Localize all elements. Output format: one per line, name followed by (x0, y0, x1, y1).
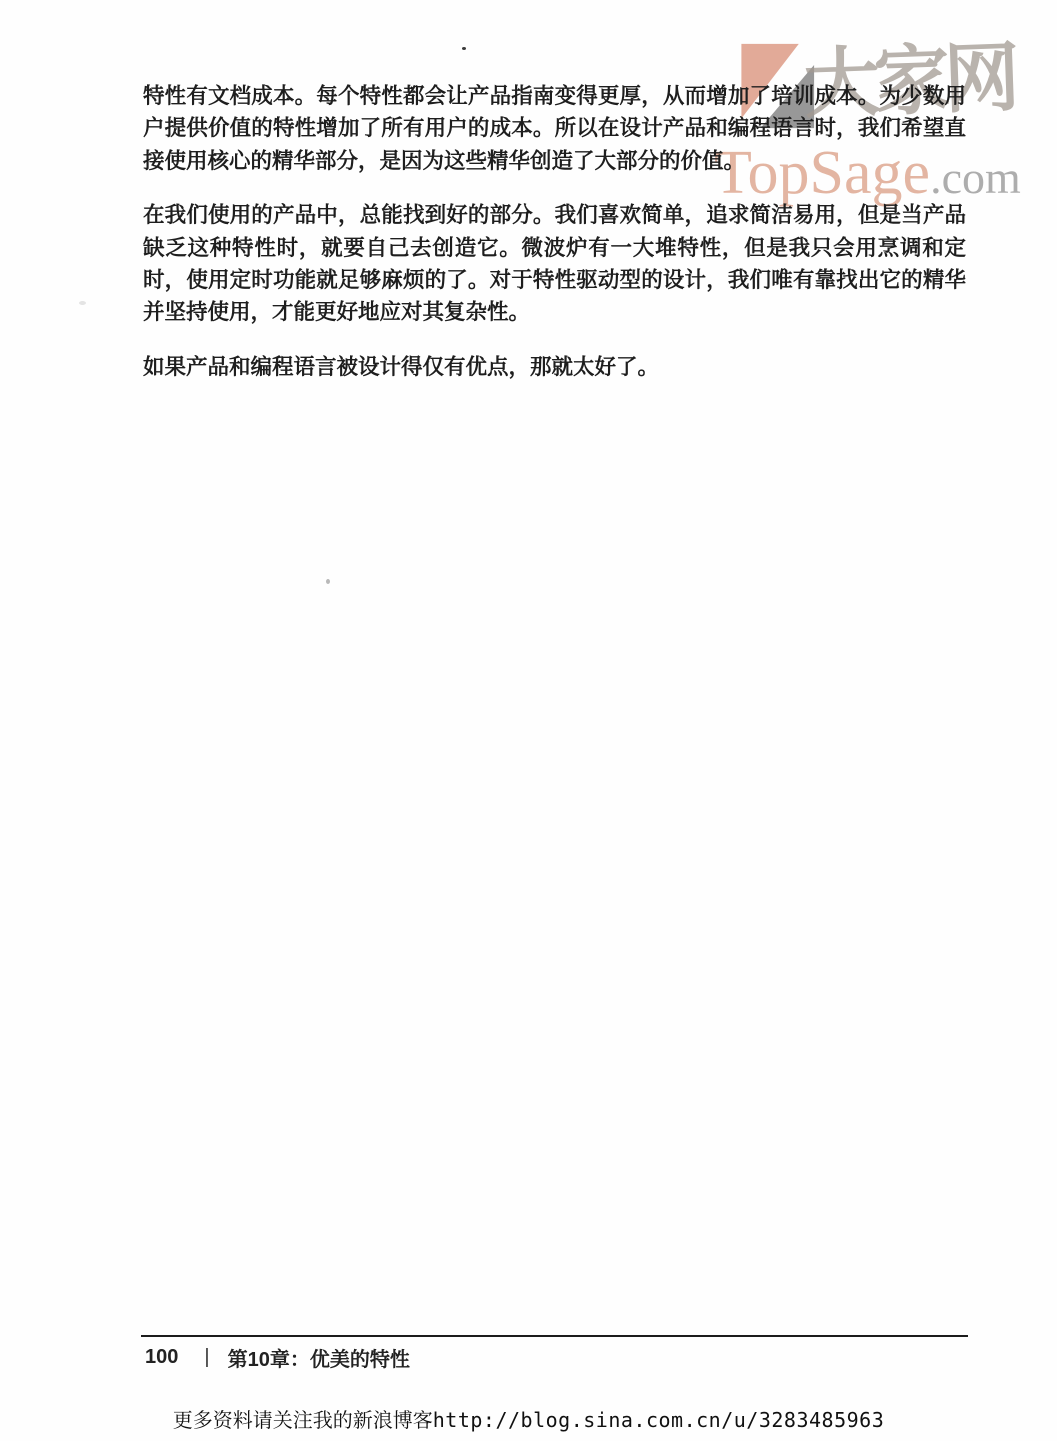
scan-speck (326, 579, 330, 584)
page-footer: 100 | 第10章：优美的特性 (141, 1335, 968, 1372)
footer-divider-line (141, 1335, 968, 1337)
scan-speck (79, 301, 86, 305)
blog-note-url: http://blog.sina.com.cn/u/3283485963 (433, 1408, 884, 1432)
footer-separator: | (204, 1346, 209, 1369)
page-number: 100 (145, 1346, 178, 1369)
paragraph-3: 如果产品和编程语言被设计得仅有优点，那就太好了。 (143, 351, 966, 383)
chapter-title: 第10章：优美的特性 (228, 1343, 410, 1372)
blog-note-label: 更多资料请关注我的新浪博客 (173, 1410, 433, 1432)
page-body-text: 特性有文档成本。每个特性都会让产品指南变得更厚，从而增加了培训成本。为少数用户提… (143, 80, 966, 405)
blog-note: 更多资料请关注我的新浪博客http://blog.sina.com.cn/u/3… (173, 1404, 884, 1433)
scanned-book-page: 大家网 TopSage.com 特性有文档成本。每个特性都会让产品指南变得更厚，… (0, 0, 1057, 1441)
paragraph-1: 特性有文档成本。每个特性都会让产品指南变得更厚，从而增加了培训成本。为少数用户提… (143, 80, 966, 177)
paragraph-2: 在我们使用的产品中，总能找到好的部分。我们喜欢简单，追求简洁易用，但是当产品缺乏… (143, 199, 966, 329)
footer-row: 100 | 第10章：优美的特性 (141, 1343, 968, 1372)
scan-speck (462, 47, 466, 50)
